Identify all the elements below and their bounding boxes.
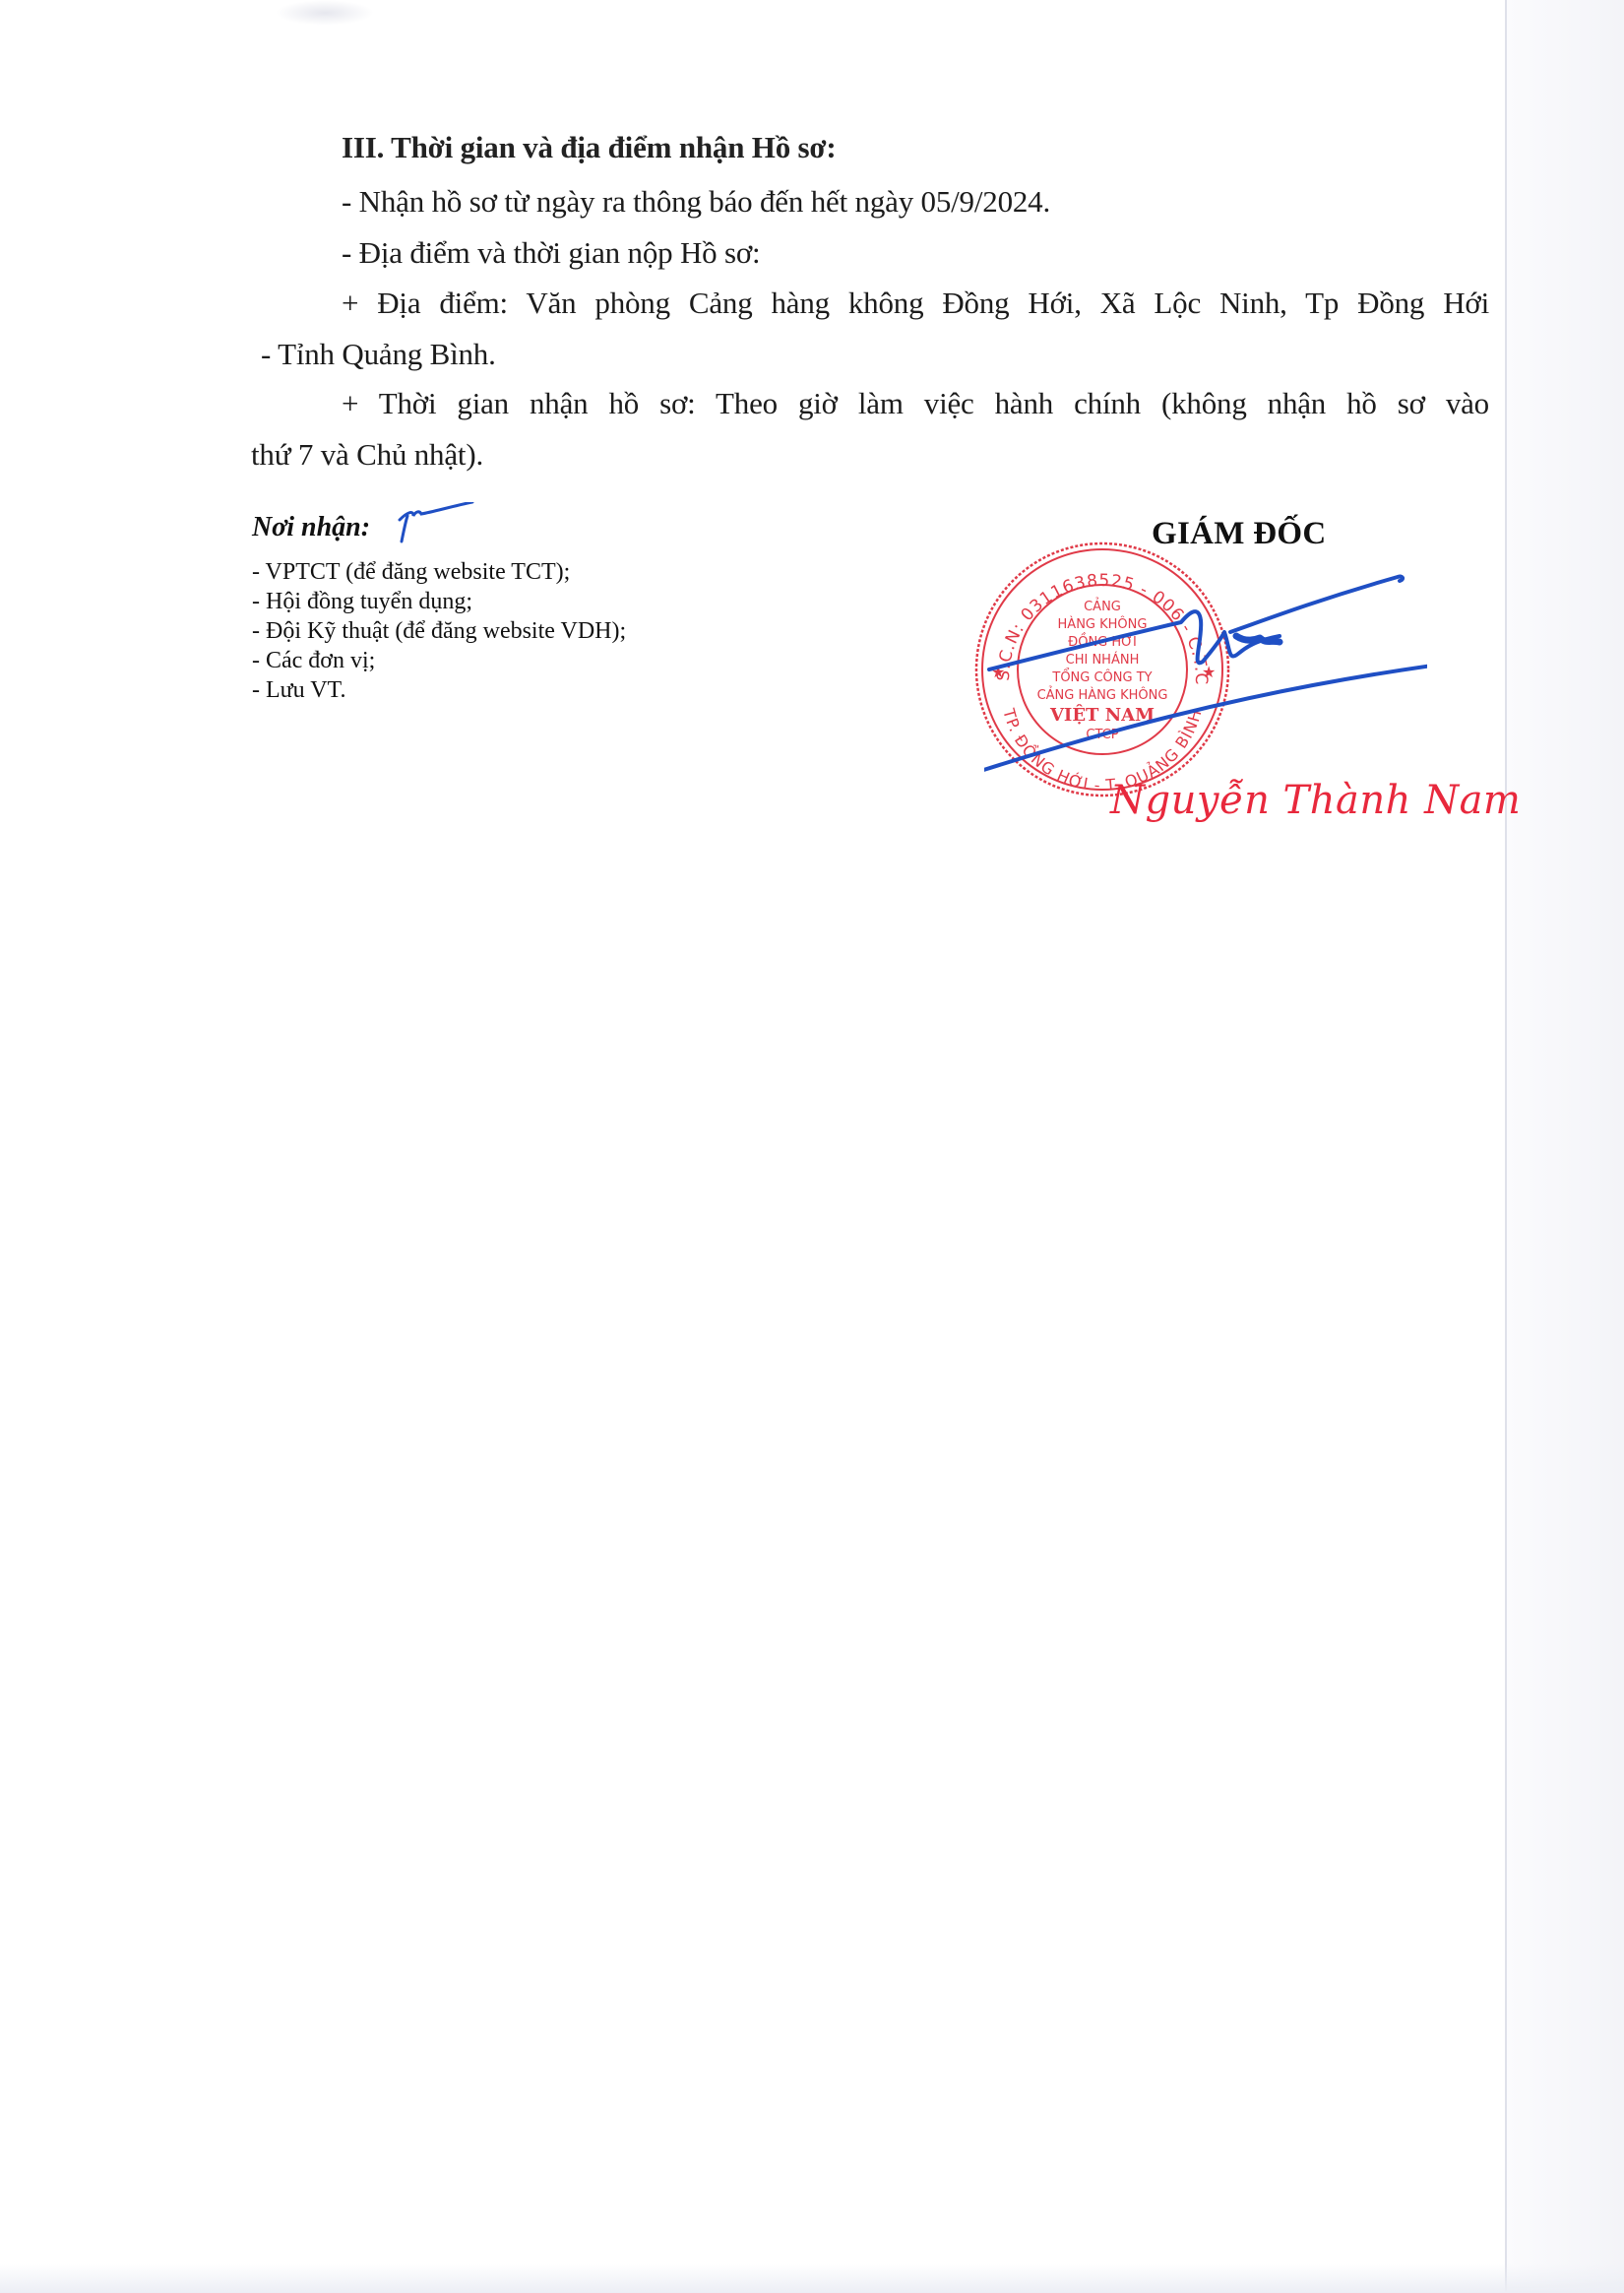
- recipient-item: - Lưu VT.: [252, 675, 626, 705]
- paragraph-line: + Địa điểm: Văn phòng Cảng hàng không Đồ…: [342, 284, 1489, 323]
- recipient-item: - Các đơn vị;: [252, 646, 626, 675]
- signer-title: GIÁM ĐỐC: [1152, 516, 1326, 552]
- signer-name: Nguyễn Thành Nam: [1110, 778, 1521, 823]
- paragraph-line: thứ 7 và Chủ nhật).: [251, 435, 483, 475]
- document-page: III. Thời gian và địa điểm nhận Hồ sơ: -…: [0, 0, 1624, 2293]
- initials-mark-icon: [394, 502, 482, 551]
- scan-edge-line: [1505, 0, 1507, 2293]
- section-heading: III. Thời gian và địa điểm nhận Hồ sơ:: [342, 128, 837, 167]
- recipient-item: - Đội Kỹ thuật (để đăng website VDH);: [252, 616, 626, 646]
- scan-smudge: [276, 0, 374, 26]
- paragraph-line: + Thời gian nhận hồ sơ: Theo giờ làm việ…: [342, 384, 1489, 423]
- handwritten-signature-icon: [984, 571, 1427, 788]
- paragraph-line: - Tỉnh Quảng Bình.: [261, 335, 496, 374]
- scan-margin-shade: [1507, 0, 1624, 2293]
- recipient-item: - VPTCT (để đăng website TCT);: [252, 557, 626, 587]
- recipients-list: - VPTCT (để đăng website TCT); - Hội đồn…: [252, 557, 626, 705]
- paragraph-line: - Địa điểm và thời gian nộp Hồ sơ:: [342, 233, 760, 273]
- recipient-item: - Hội đồng tuyển dụng;: [252, 587, 626, 616]
- paragraph-line: - Nhận hồ sơ từ ngày ra thông báo đến hế…: [342, 182, 1050, 222]
- recipients-title: Nơi nhận:: [252, 512, 370, 543]
- scan-bottom-shade: [0, 2264, 1624, 2293]
